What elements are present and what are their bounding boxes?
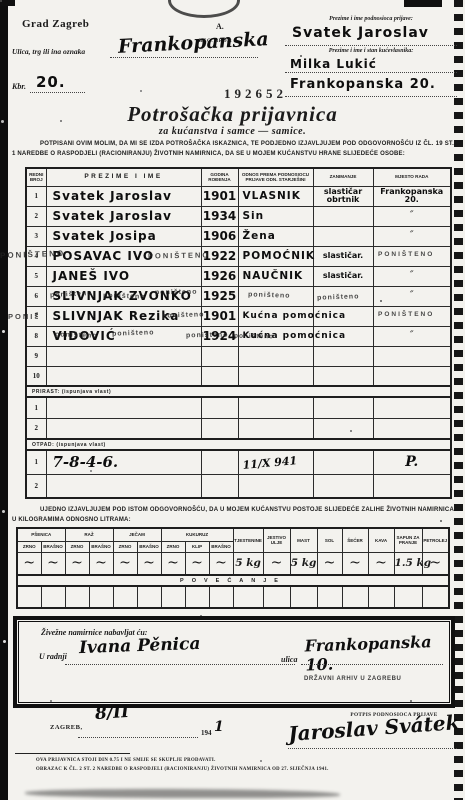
person-occupation: [313, 206, 373, 226]
otpad-entry: 7-8-4-6.: [46, 450, 201, 474]
fineprint-line1: OVA PRIJAVNICA STOJI DIN 0.75 I NE SMIJE…: [36, 758, 436, 763]
supply-amount: 1.5 kg: [394, 552, 422, 575]
col-header-num: REDNI BROJ: [26, 168, 46, 186]
purchase-street-line: [301, 664, 443, 665]
date-value: 8/II: [94, 702, 129, 724]
person-occupation: slastičar.: [313, 266, 373, 286]
ponisteno-stamp: PONIŠTENO: [8, 312, 38, 321]
otpad-banner: OTPAD: (ispunjava vlast): [26, 439, 451, 450]
person-year: 1906: [201, 226, 238, 246]
form-subtitle: za kućanstva i samce — samice.: [0, 126, 465, 137]
ponisteno-stamp: poništeno: [103, 292, 146, 300]
city-label: Grad Zagreb: [22, 18, 89, 30]
landlord-label: Prezime i ime i stan kućevlasnika:: [285, 48, 457, 54]
prirast-banner: PRIRAST: (ispunjava vlast): [26, 386, 451, 397]
person-relation: Kućna pomoćnica: [238, 306, 313, 326]
person-place: ″: [373, 226, 451, 246]
supplies-table: PŠENICA RAŽ JEČAM KUKURUZ TJESTENINE JES…: [16, 527, 450, 609]
table-row: 2: [26, 474, 451, 498]
landlord-name-value: Milka Lukić: [290, 57, 377, 71]
supplies-empty-row: [17, 586, 449, 608]
table-row: 10: [26, 366, 451, 386]
person-year: 1934: [201, 206, 238, 226]
paper-specks: [0, 0, 2, 2]
col-header-year: GODINA ROĐENJA: [201, 168, 238, 186]
col-header-tjestenine: TJESTENINE: [233, 528, 263, 552]
person-relation: Sin: [238, 206, 313, 226]
ponisteno-stamp: PONIŠTENO: [378, 311, 434, 318]
supplies-values-row: ~ ~ ~ ~ ~ ~ ~ ~ ~ 5 kg ~ 5 kg ~ ~ ~ 1.5 …: [17, 552, 449, 575]
col-header-kava: KAVA: [368, 528, 394, 552]
person-name: Svatek Jaroslav: [46, 186, 201, 206]
ponisteno-stamp: poništeno: [234, 333, 274, 341]
table-row: 3 Svatek Josipa 1906 Žena ″: [26, 226, 451, 246]
person-year: 1901: [201, 186, 238, 206]
person-place: ″: [373, 326, 451, 346]
person-relation: VLASNIK: [238, 186, 313, 206]
person-place: Frankopanska 20.: [373, 186, 451, 206]
col-header-relation: ODNOS PREMA PODNOSIOCU PRIJAVE ODN. STAR…: [238, 168, 313, 186]
person-relation: Žena: [238, 226, 313, 246]
ration-form-page: Grad Zagreb A. REG. BROJ: Prezime i ime …: [0, 0, 465, 800]
kbr-line: [30, 92, 85, 93]
person-occupation: [313, 226, 373, 246]
person-place: ″: [373, 266, 451, 286]
supplies-intro: UJEDNO IZJAVLJUJEM POD ISTOM ODGOVORNOŠĆ…: [12, 506, 454, 525]
person-name: [46, 366, 201, 386]
form-title: Potrošačka prijavnica: [0, 102, 465, 127]
col-header-name: PREZIME I IME: [46, 168, 201, 186]
kbr-value: 20.: [36, 73, 66, 91]
otpad-date: 11/X 941: [237, 447, 314, 477]
purchase-street-label: ulica: [281, 655, 297, 664]
applicant-name-value: Svatek Jaroslav: [292, 25, 429, 41]
landlord-name-line: [285, 72, 457, 73]
supply-amount: 5 kg: [290, 552, 317, 575]
otpad-initial: P.: [373, 450, 451, 474]
street-label: Ulica, trg ili ina oznaka: [12, 47, 85, 56]
table-row: 2 Svatek Jaroslav 1934 Sin ″: [26, 206, 451, 226]
street-value: Frankopanska: [118, 28, 270, 58]
col-header-place: MJESTO RADA: [373, 168, 451, 186]
table-row: 5 JANEŠ IVO 1926 NAUČNIK slastičar. ″: [26, 266, 451, 286]
povecanje-banner: POVEĆANJE: [17, 575, 449, 586]
serial-number: 192652: [224, 86, 287, 102]
year-printed: 194: [201, 729, 212, 737]
landlord-address-line: [285, 96, 457, 97]
ponisteno-stamp: poništeno: [55, 331, 98, 339]
oval-stamp-arc: [168, 0, 240, 18]
col-group-jecam: JEČAM: [113, 528, 161, 541]
signature-line: [288, 748, 457, 749]
ponisteno-stamp: poništeno: [317, 293, 360, 301]
person-occupation: slastičar obrtnik: [313, 186, 373, 206]
col-header-occupation: ZANIMANJE: [313, 168, 373, 186]
table-row: 9: [26, 346, 451, 366]
table-row: 2: [26, 418, 451, 439]
corner-mark-left: [0, 0, 15, 6]
purchase-street-value: Frankopanska 10.: [304, 631, 451, 674]
person-year: 1901: [201, 306, 238, 326]
scan-smudge: [25, 789, 340, 798]
ponisteno-stamp: poništeno: [162, 311, 205, 319]
col-group-raz: RAŽ: [65, 528, 113, 541]
table-row: 1: [26, 397, 451, 418]
place-label: ZAGREB,: [50, 724, 83, 731]
col-header-petrolej: PETROLEJ: [422, 528, 449, 552]
applicant-name-label: Prezime i ime podnosioca prijave:: [285, 16, 457, 22]
purchase-box: Živežne namirnice nabavljat ću: U radnji…: [13, 616, 455, 708]
col-header-sol: SOL: [317, 528, 342, 552]
ponisteno-stamp: PONIŠTENO: [148, 250, 210, 260]
person-name: [46, 346, 201, 366]
landlord-address-value: Frankopanska 20.: [290, 77, 436, 92]
col-header-mast: MAST: [290, 528, 317, 552]
fineprint-line2: OBRAZAC K ČL. 2 ST. 2 NAREDBE O RASPODJE…: [36, 767, 436, 772]
person-name: JANEŠ IVO: [46, 266, 201, 286]
ponisteno-stamp: poništeno: [186, 332, 229, 340]
person-name: Svatek Jaroslav: [46, 206, 201, 226]
person-place: ″: [373, 286, 451, 306]
ponisteno-stamp: PONIŠTENO: [378, 251, 434, 258]
intro-paragraph: POTPISANI OVIM MOLIM, DA MI SE IZDA POTR…: [12, 140, 454, 159]
col-group-kukuruz: KUKURUZ: [161, 528, 233, 541]
corner-mark-right: [404, 0, 442, 7]
date-line: [78, 737, 198, 738]
person-relation: NAUČNIK: [238, 266, 313, 286]
ponisteno-stamp: poništeno: [112, 329, 155, 337]
col-group-psenica: PŠENICA: [17, 528, 65, 541]
person-relation: POMOĆNIK: [238, 246, 313, 266]
year-written: 1: [214, 719, 224, 735]
kbr-label: Kbr.: [12, 82, 26, 91]
shop-label: U radnji: [39, 652, 67, 661]
table-row: 1 7-8-4-6. 11/X 941 P.: [26, 450, 451, 474]
person-occupation: slastičar.: [313, 246, 373, 266]
table-row: 1 Svatek Jaroslav 1901 VLASNIK slastičar…: [26, 186, 451, 206]
persons-header-row: REDNI BROJ PREZIME I IME GODINA ROĐENJA …: [26, 168, 451, 186]
ponisteno-stamp: poništeno: [248, 291, 291, 299]
person-name: Svatek Josipa: [46, 226, 201, 246]
footer-rule: [15, 753, 130, 754]
supply-amount: 5 kg: [233, 552, 263, 575]
person-year: 1925: [201, 286, 238, 306]
person-place: ″: [373, 206, 451, 226]
col-header-secer: ŠEĆER: [342, 528, 368, 552]
person-year: 1926: [201, 266, 238, 286]
col-header-ulje: JESTIVO ULJE: [263, 528, 290, 552]
street-line: [110, 57, 258, 58]
signature-value: Jaroslav Svátek: [287, 710, 460, 746]
shop-value: Ivana Pěnica: [79, 634, 201, 658]
ponisteno-stamp: poništeno: [155, 289, 198, 297]
col-header-sapun: SAPUN ZA PRANJE: [394, 528, 422, 552]
archive-watermark: DRŽAVNI ARHIV U ZAGREBU: [304, 676, 401, 682]
applicant-name-line: [285, 45, 457, 46]
shop-line: [65, 664, 295, 665]
